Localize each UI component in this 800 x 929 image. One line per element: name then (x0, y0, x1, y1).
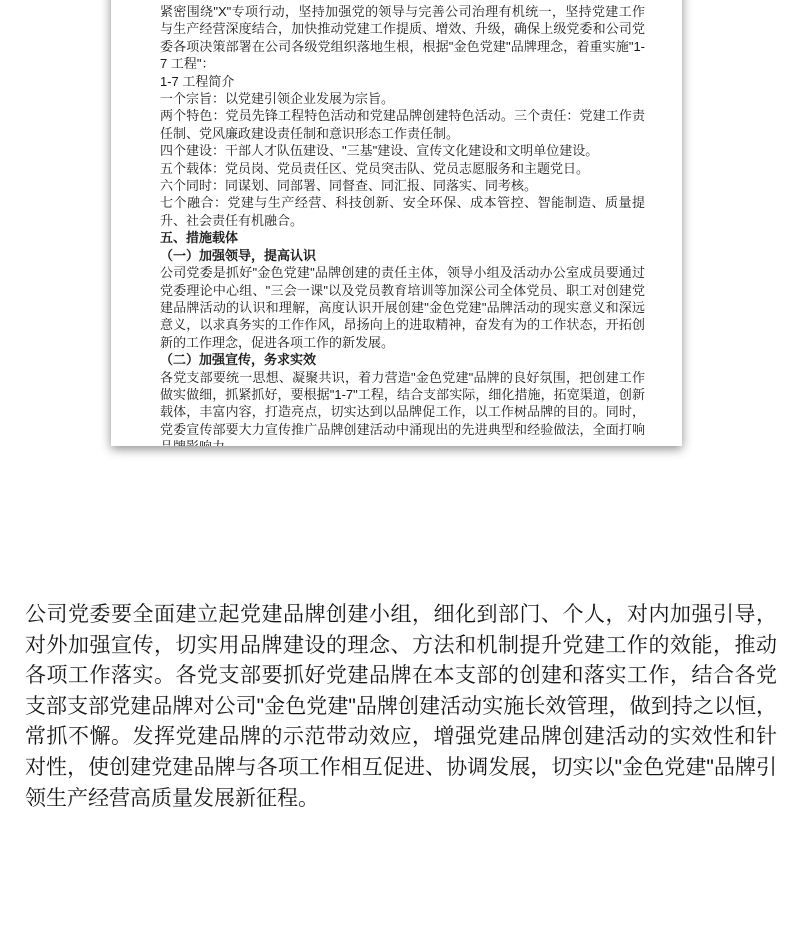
document-paragraph: 紧密围绕"X"专项行动，坚持加强党的领导与完善公司治理有机统一，坚持党建工作与生… (160, 3, 645, 73)
document-heading: 五、措施载体 (160, 229, 645, 246)
document-paragraph: 两个特色：党员先锋工程特色活动和党建品牌创建特色活动。三个责任：党建工作责任制、… (160, 107, 645, 142)
document-paragraph: 公司党委是抓好"金色党建"品牌创建的责任主体，领导小组及活动办公室成员要通过党委… (160, 264, 645, 351)
document-paragraph: 一个宗旨：以党建引领企业发展为宗旨。 (160, 90, 645, 107)
document-paragraph: 各党支部要统一思想、凝聚共识，着力营造"金色党建"品牌的良好氛围，把创建工作做实… (160, 369, 645, 446)
document-paragraph: 五个载体：党员岗、党员责任区、党员突击队、党员志愿服务和主题党日。 (160, 160, 645, 177)
document-paragraph: 七个融合：党建与生产经营、科技创新、安全环保、成本管控、智能制造、质量提升、社会… (160, 194, 645, 229)
document-paragraph: 六个同时：同谋划、同部署、同督查、同汇报、同落实、同考核。 (160, 177, 645, 194)
document-heading: （二）加强宣传，务求实效 (160, 351, 645, 368)
document-paragraph: 1-7 工程简介 (160, 73, 645, 90)
document-page: 紧密围绕"X"专项行动，坚持加强党的领导与完善公司治理有机统一，坚持党建工作与生… (111, 0, 682, 446)
document-paragraph: 四个建设：干部人才队伍建设、"三基"建设、宣传文化建设和文明单位建设。 (160, 142, 645, 159)
viewer-canvas: { "window": { "background_color": "#ffff… (0, 0, 800, 929)
summary-paragraph: 公司党委要全面建立起党建品牌创建小组，细化到部门、个人，对内加强引导，对外加强宣… (25, 600, 777, 814)
document-text: 紧密围绕"X"专项行动，坚持加强党的领导与完善公司治理有机统一，坚持党建工作与生… (160, 3, 645, 446)
document-heading: （一）加强领导，提高认识 (160, 247, 645, 264)
